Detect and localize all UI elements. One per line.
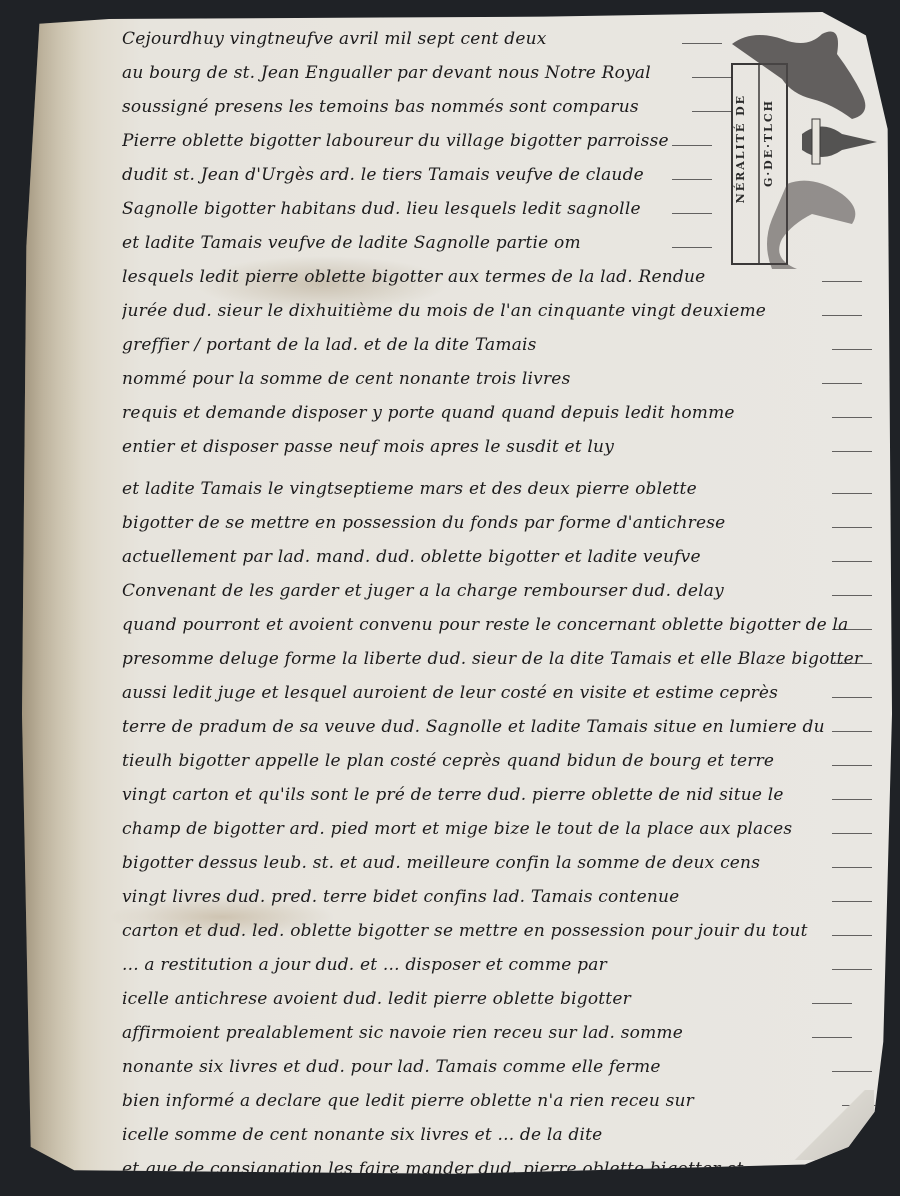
text-line: bigotter dessus leub. st. et aud. meille… xyxy=(122,846,872,880)
text-line: ... a restitution a jour dud. et ... dis… xyxy=(122,948,872,982)
text-line: lesquels ledit pierre oblette bigotter a… xyxy=(122,260,862,294)
text-line: quand pourront et avoient convenu pour r… xyxy=(122,608,872,642)
text-line: soussigné presens les temoins bas nommés… xyxy=(122,90,732,124)
manuscript-page: NÉRALITÉ DE G·DE·TLCH Cejourdhuy vingtne… xyxy=(22,12,892,1182)
folded-corner xyxy=(784,1090,874,1160)
text-line: carton et dud. led. oblette bigotter se … xyxy=(122,914,872,948)
text-line: affirmoient prealablement sic navoie rie… xyxy=(122,1016,852,1050)
text-line: et que de consignation les faire mander … xyxy=(122,1152,862,1186)
text-line: vingt carton et qu'ils sont le pré de te… xyxy=(122,778,872,812)
text-line: nonante six livres et dud. pour lad. Tam… xyxy=(122,1050,872,1084)
text-line: icelle somme de cent nonante six livres … xyxy=(122,1118,882,1152)
text-line: tieulh bigotter appelle le plan costé ce… xyxy=(122,744,872,778)
stamp-text-right: G·DE·TLCH xyxy=(762,99,775,187)
text-line: Cejourdhuy vingtneufve avril mil sept ce… xyxy=(122,22,722,56)
text-line: Convenant de les garder et juger a la ch… xyxy=(122,574,872,608)
stamp-text-left: NÉRALITÉ DE xyxy=(734,94,747,203)
text-line: jurée dud. sieur le dixhuitième du mois … xyxy=(122,294,862,328)
text-line: et ladite Tamais veufve de ladite Sagnol… xyxy=(122,226,712,260)
text-line: au bourg de st. Jean Engualler par devan… xyxy=(122,56,732,90)
text-line: et ladite Tamais le vingtseptieme mars e… xyxy=(122,472,872,506)
tax-stamp-seal: NÉRALITÉ DE G·DE·TLCH xyxy=(712,24,882,274)
text-line: terre de pradum de sa veuve dud. Sagnoll… xyxy=(122,710,872,744)
text-line: Pierre oblette bigotter laboureur du vil… xyxy=(122,124,712,158)
text-line: presomme deluge forme la liberte dud. si… xyxy=(122,642,872,676)
text-line: vingt livres dud. pred. terre bidet conf… xyxy=(122,880,872,914)
text-line: greffier / portant de la lad. et de la d… xyxy=(122,328,872,362)
text-line: aussi ledit juge et lesquel auroient de … xyxy=(122,676,872,710)
paper-edge-stain xyxy=(22,12,82,1182)
text-line: bien informé a declare que ledit pierre … xyxy=(122,1084,882,1118)
text-line: icelle antichrese avoient dud. ledit pie… xyxy=(122,982,852,1016)
text-line: actuellement par lad. mand. dud. oblette… xyxy=(122,540,872,574)
text-line: bigotter de se mettre en possession du f… xyxy=(122,506,872,540)
text-line: nommé pour la somme de cent nonante troi… xyxy=(122,362,862,396)
text-line: entier et disposer passe neuf mois apres… xyxy=(122,430,872,464)
text-line: Sagnolle bigotter habitans dud. lieu les… xyxy=(122,192,712,226)
text-line: requis et demande disposer y porte quand… xyxy=(122,396,872,430)
text-line: dudit st. Jean d'Urgès ard. le tiers Tam… xyxy=(122,158,712,192)
text-line: champ de bigotter ard. pied mort et mige… xyxy=(122,812,872,846)
